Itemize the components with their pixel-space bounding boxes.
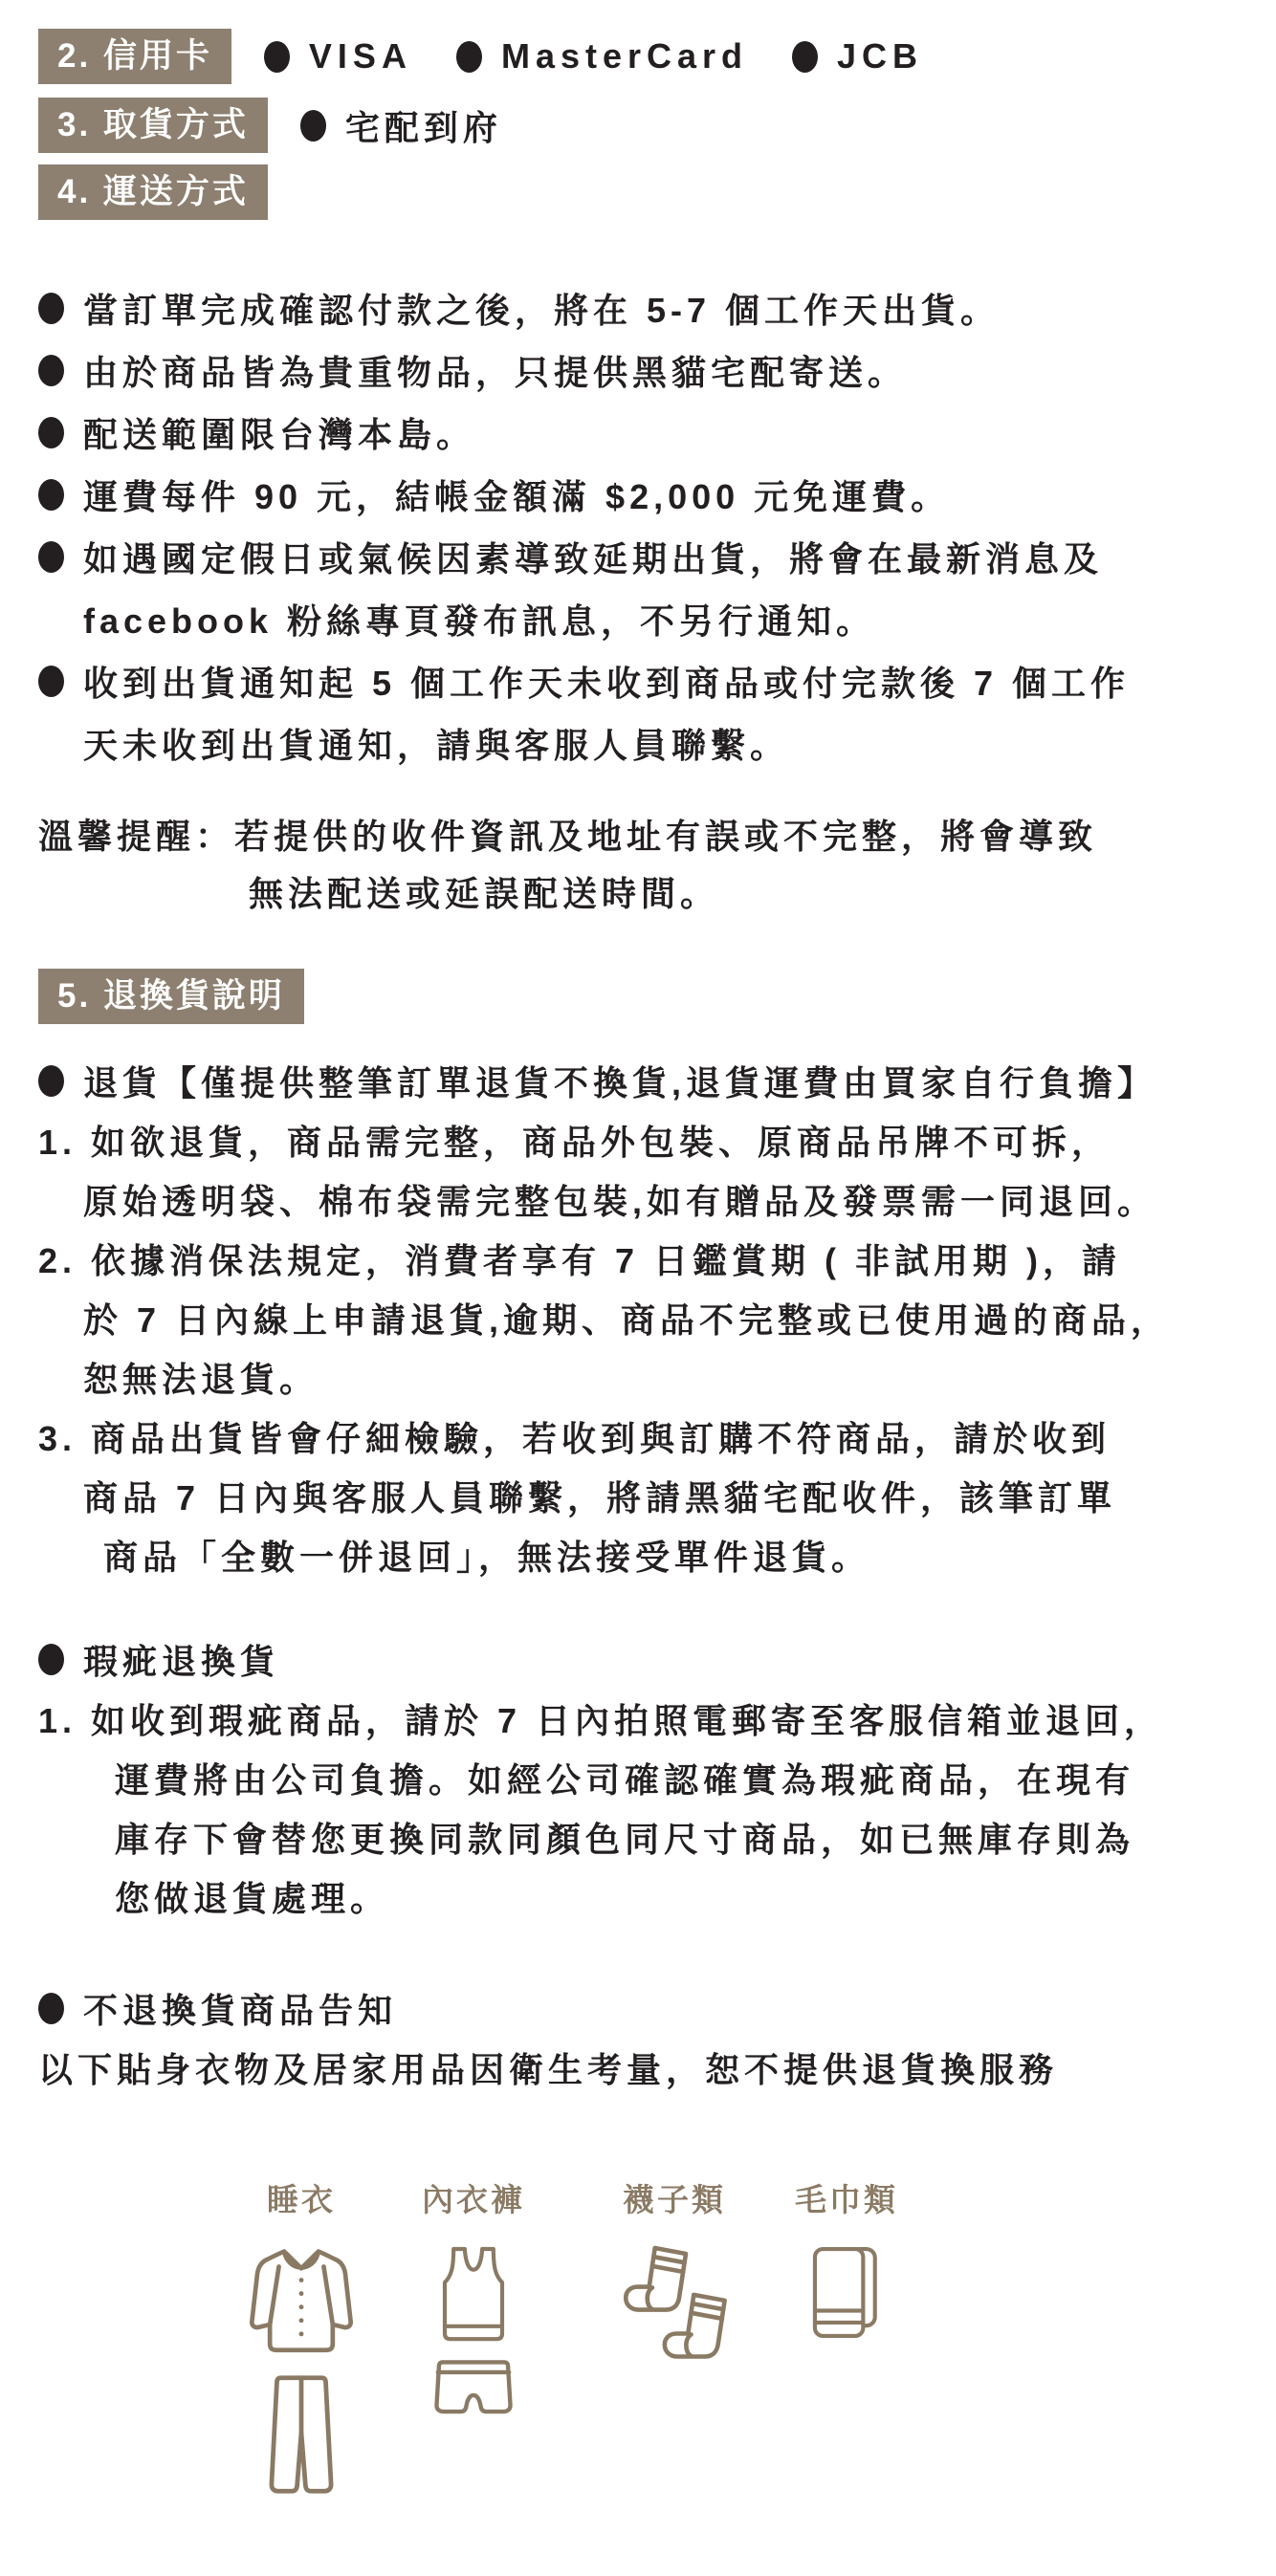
defective-header: 瑕疵退換貨 bbox=[38, 1629, 1247, 1689]
return-item-line: 商品「全數一併退回」，無法接受單件退貨。 bbox=[38, 1525, 1247, 1584]
option-visa: VISA bbox=[264, 36, 412, 76]
no-return-category-row: 睡衣 內衣褲 bbox=[221, 2181, 1247, 2497]
credit-card-section: 2. 信用卡 VISA MasterCard JCB bbox=[38, 29, 1247, 84]
bullet-dot-icon bbox=[264, 41, 290, 73]
bullet-dot-icon bbox=[38, 479, 64, 511]
shipping-bullet-row: 由於商品皆為貴重物品，只提供黑貓宅配寄送。 bbox=[38, 339, 1247, 402]
socks-icon bbox=[617, 2244, 732, 2377]
return-policy-header: 退貨【僅提供整筆訂單退貨不換貨,退貨運費由買家自行負擔】 bbox=[38, 1051, 1247, 1110]
option-label: JCB bbox=[837, 36, 923, 76]
bullet-dot-icon bbox=[792, 41, 818, 73]
boxer-shorts-icon bbox=[433, 2358, 514, 2418]
bullet-text: facebook 粉絲專頁發布訊息，不另行通知。 bbox=[83, 595, 875, 644]
category-label: 毛巾類 bbox=[795, 2181, 898, 2219]
defective-line: 您做退貨處理。 bbox=[38, 1867, 1247, 1926]
option-mastercard: MasterCard bbox=[456, 36, 748, 76]
return-policy-block: 退貨【僅提供整筆訂單退貨不換貨,退貨運費由買家自行負擔】 1. 如欲退貨，商品需… bbox=[38, 1051, 1247, 1584]
page-root: 2. 信用卡 VISA MasterCard JCB 3. 取貨方式 宅配到府 bbox=[0, 0, 1276, 2576]
shipping-bullet-continuation: facebook 粉絲專頁發布訊息，不另行通知。 bbox=[38, 588, 1247, 650]
bullet-dot-icon bbox=[38, 1065, 64, 1097]
pajama-pants-icon bbox=[259, 2372, 343, 2497]
category-sleepwear: 睡衣 bbox=[221, 2181, 382, 2497]
shipping-bullet-row: 當訂單完成確認付款之後，將在 5-7 個工作天出貨。 bbox=[38, 277, 1247, 339]
shipping-bullet-row: 如遇國定假日或氣候因素導致延期出貨，將會在最新消息及 bbox=[38, 526, 1247, 588]
category-label: 襪子類 bbox=[623, 2181, 726, 2219]
bullet-dot-icon bbox=[38, 355, 64, 386]
badge-pickup-method: 3. 取貨方式 bbox=[38, 98, 268, 153]
shipping-section: 4. 運送方式 bbox=[38, 164, 1247, 220]
category-underwear: 內衣褲 bbox=[393, 2181, 554, 2418]
category-socks: 襪子類 bbox=[594, 2181, 755, 2377]
socks-pair-icon bbox=[617, 2244, 732, 2377]
reminder-block: 溫馨提醒：若提供的收件資訊及地址有誤或不完整，將會導致 無法配送或延誤配送時間。 bbox=[38, 805, 1247, 920]
defective-line: 庫存下會替您更換同款同顏色同尺寸商品，如已無庫存則為 bbox=[38, 1807, 1247, 1867]
return-item-line: 於 7 日內線上申請退貨,逾期、商品不完整或已使用過的商品， bbox=[38, 1288, 1247, 1347]
folded-towel-icon bbox=[810, 2244, 883, 2341]
towel-icon bbox=[810, 2244, 883, 2341]
option-label: MasterCard bbox=[501, 36, 748, 76]
category-towel: 毛巾類 bbox=[766, 2181, 927, 2341]
bullet-text: 如遇國定假日或氣候因素導致延期出貨，將會在最新消息及 bbox=[83, 533, 1103, 581]
defective-line: 1. 如收到瑕疵商品，請於 7 日內拍照電郵寄至客服信箱並退回， bbox=[38, 1689, 1247, 1748]
shipping-bullet-row: 運費每件 90 元，結帳金額滿 $2,000 元免運費。 bbox=[38, 464, 1247, 526]
defective-return-block: 瑕疵退換貨 1. 如收到瑕疵商品，請於 7 日內拍照電郵寄至客服信箱並退回， 運… bbox=[38, 1629, 1247, 1926]
bullet-text: 配送範圍限台灣本島。 bbox=[83, 408, 475, 457]
bullet-text: 由於商品皆為貴重物品，只提供黑貓宅配寄送。 bbox=[83, 346, 907, 395]
category-label: 睡衣 bbox=[267, 2181, 336, 2219]
shipping-bullet-list: 當訂單完成確認付款之後，將在 5-7 個工作天出貨。 由於商品皆為貴重物品，只提… bbox=[38, 277, 1247, 775]
bullet-text: 當訂單完成確認付款之後，將在 5-7 個工作天出貨。 bbox=[83, 284, 1000, 333]
badge-shipping-method: 4. 運送方式 bbox=[38, 164, 268, 220]
bullet-text: 收到出貨通知起 5 個工作天未收到商品或付完款後 7 個工作 bbox=[83, 657, 1130, 706]
badge-return-policy: 5. 退換貨說明 bbox=[38, 969, 304, 1024]
return-item-line: 恕無法退貨。 bbox=[38, 1347, 1247, 1407]
option-label: VISA bbox=[309, 36, 412, 76]
option-label: 宅配到府 bbox=[345, 101, 502, 150]
no-return-note: 以下貼身衣物及居家用品因衛生考量，恕不提供退貨換服務 bbox=[38, 2038, 1247, 2097]
bullet-dot-icon bbox=[300, 110, 326, 142]
pickup-section: 3. 取貨方式 宅配到府 bbox=[38, 98, 1247, 153]
bullet-dot-icon bbox=[38, 293, 64, 324]
shipping-bullet-row: 配送範圍限台灣本島。 bbox=[38, 402, 1247, 464]
tank-top-icon bbox=[435, 2244, 512, 2345]
return-item-line: 3. 商品出貨皆會仔細檢驗，若收到與訂購不符商品，請於收到 bbox=[38, 1407, 1247, 1466]
returns-section: 5. 退換貨說明 bbox=[38, 969, 1247, 1024]
bullet-dot-icon bbox=[38, 1644, 64, 1675]
return-item-line: 1. 如欲退貨，商品需完整，商品外包裝、原商品吊牌不可拆， bbox=[38, 1110, 1247, 1169]
bullet-dot-icon bbox=[38, 1993, 64, 2024]
return-item-line: 商品 7 日內與客服人員聯繫，將請黑貓宅配收件，該筆訂單 bbox=[38, 1466, 1247, 1525]
pajama-shirt-icon bbox=[242, 2244, 361, 2361]
return-item-line: 原始透明袋、棉布袋需完整包裝,如有贈品及發票需一同退回。 bbox=[38, 1169, 1247, 1229]
option-home-delivery: 宅配到府 bbox=[300, 101, 502, 150]
bullet-dot-icon bbox=[38, 417, 64, 448]
option-jcb: JCB bbox=[792, 36, 923, 76]
underwear-icon bbox=[433, 2244, 514, 2418]
pickup-options: 宅配到府 bbox=[300, 101, 502, 150]
return-item-line: 2. 依據消保法規定，消費者享有 7 日鑑賞期 ( 非試用期 )，請 bbox=[38, 1229, 1247, 1288]
shipping-bullet-continuation: 天未收到出貨通知，請與客服人員聯繫。 bbox=[38, 712, 1247, 775]
no-return-header: 不退換貨商品告知 bbox=[38, 1978, 1247, 2038]
credit-card-options: VISA MasterCard JCB bbox=[264, 36, 923, 76]
badge-credit-card: 2. 信用卡 bbox=[38, 29, 231, 84]
pajamas-icon bbox=[242, 2244, 361, 2497]
bullet-dot-icon bbox=[456, 41, 482, 73]
no-return-block: 不退換貨商品告知 以下貼身衣物及居家用品因衛生考量，恕不提供退貨換服務 bbox=[38, 1978, 1247, 2097]
reminder-line: 溫馨提醒：若提供的收件資訊及地址有誤或不完整，將會導致 bbox=[38, 805, 1247, 862]
bullet-dot-icon bbox=[38, 666, 64, 697]
defective-line: 運費將由公司負擔。如經公司確認確實為瑕疵商品，在現有 bbox=[38, 1748, 1247, 1807]
reminder-line: 無法配送或延誤配送時間。 bbox=[38, 862, 1247, 920]
bullet-text: 運費每件 90 元，結帳金額滿 $2,000 元免運費。 bbox=[83, 470, 950, 519]
category-label: 內衣褲 bbox=[422, 2181, 525, 2219]
bullet-dot-icon bbox=[38, 541, 64, 573]
bullet-text: 天未收到出貨通知，請與客服人員聯繫。 bbox=[83, 719, 789, 768]
shipping-bullet-row: 收到出貨通知起 5 個工作天未收到商品或付完款後 7 個工作 bbox=[38, 650, 1247, 712]
